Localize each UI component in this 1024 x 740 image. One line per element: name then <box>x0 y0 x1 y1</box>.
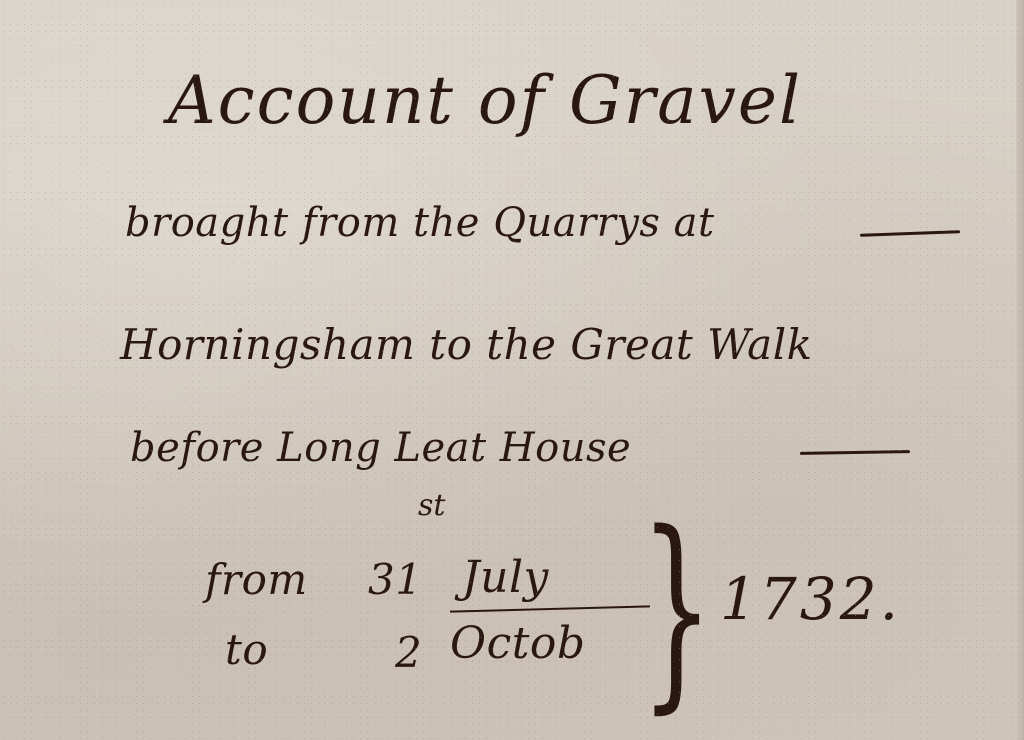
line-flourish-dash <box>800 450 910 455</box>
manuscript-page: Account of Gravel broaght from the Quarr… <box>0 0 1024 740</box>
to-day: 2 <box>395 628 422 677</box>
from-day-suffix: st <box>418 488 445 523</box>
text-line-3: before Long Leat House <box>130 425 631 471</box>
line-flourish-dash <box>860 230 960 236</box>
page-edge <box>1016 0 1024 740</box>
from-day: 31 <box>368 555 422 604</box>
document-title: Account of Gravel <box>168 62 802 139</box>
from-label: from <box>205 555 308 604</box>
to-label: to <box>225 625 268 674</box>
text-line-1: broaght from the Quarrys at <box>125 200 715 246</box>
text-line-2: Horningsham to the Great Walk <box>120 320 813 369</box>
curly-brace: } <box>640 505 713 715</box>
from-month: July <box>462 552 549 603</box>
to-month: Octob <box>450 618 586 669</box>
date-separator-line <box>450 605 650 612</box>
year: 1732. <box>720 565 901 633</box>
